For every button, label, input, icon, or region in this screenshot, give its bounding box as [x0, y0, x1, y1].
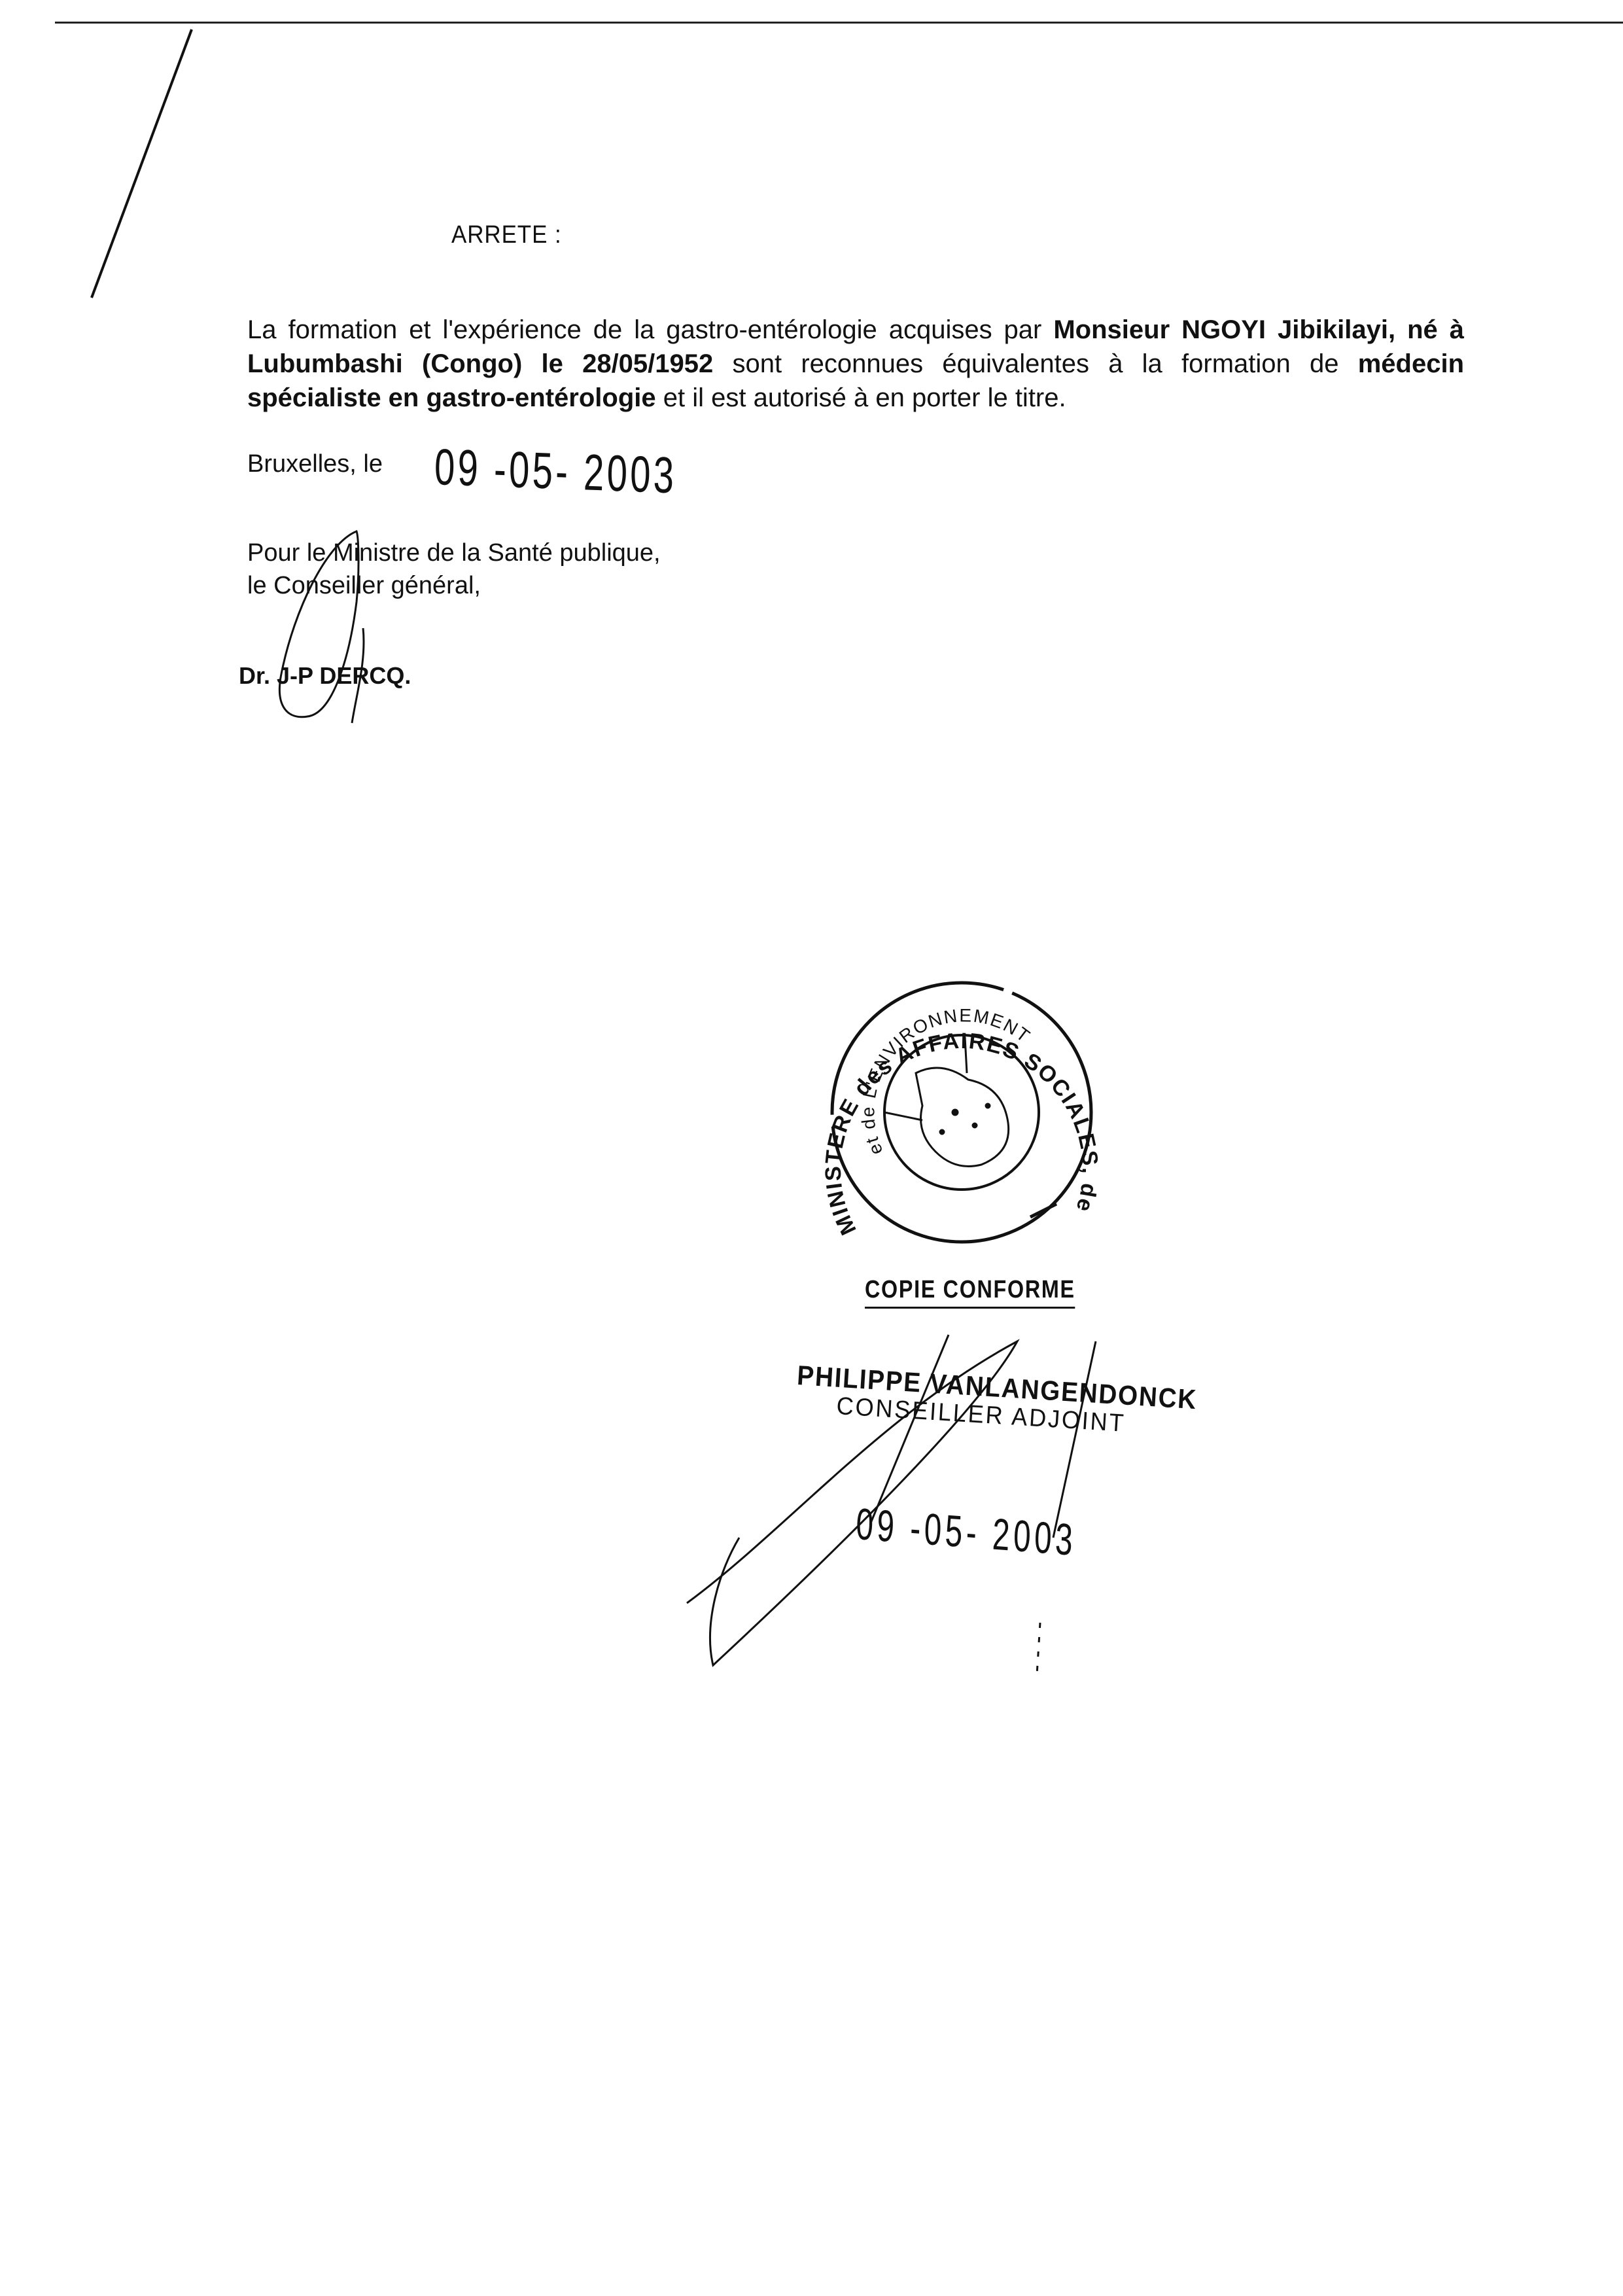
svg-text:MINISTERE des AFFAIRES SOCIALE: MINISTERE des AFFAIRES SOCIALES, de la S…	[0, 0, 1102, 1239]
seal-outer-text: MINISTERE des AFFAIRES SOCIALES, de la S…	[0, 0, 1102, 1239]
seal-and-signatures: MINISTERE des AFFAIRES SOCIALES, de la S…	[0, 0, 1623, 2296]
official-seal: MINISTERE des AFFAIRES SOCIALES, de la S…	[0, 0, 1102, 1242]
signature-dercq	[279, 531, 364, 723]
copie-conforme-stamp: COPIE CONFORME	[865, 1276, 1075, 1309]
margin-pen-stroke	[92, 29, 192, 298]
